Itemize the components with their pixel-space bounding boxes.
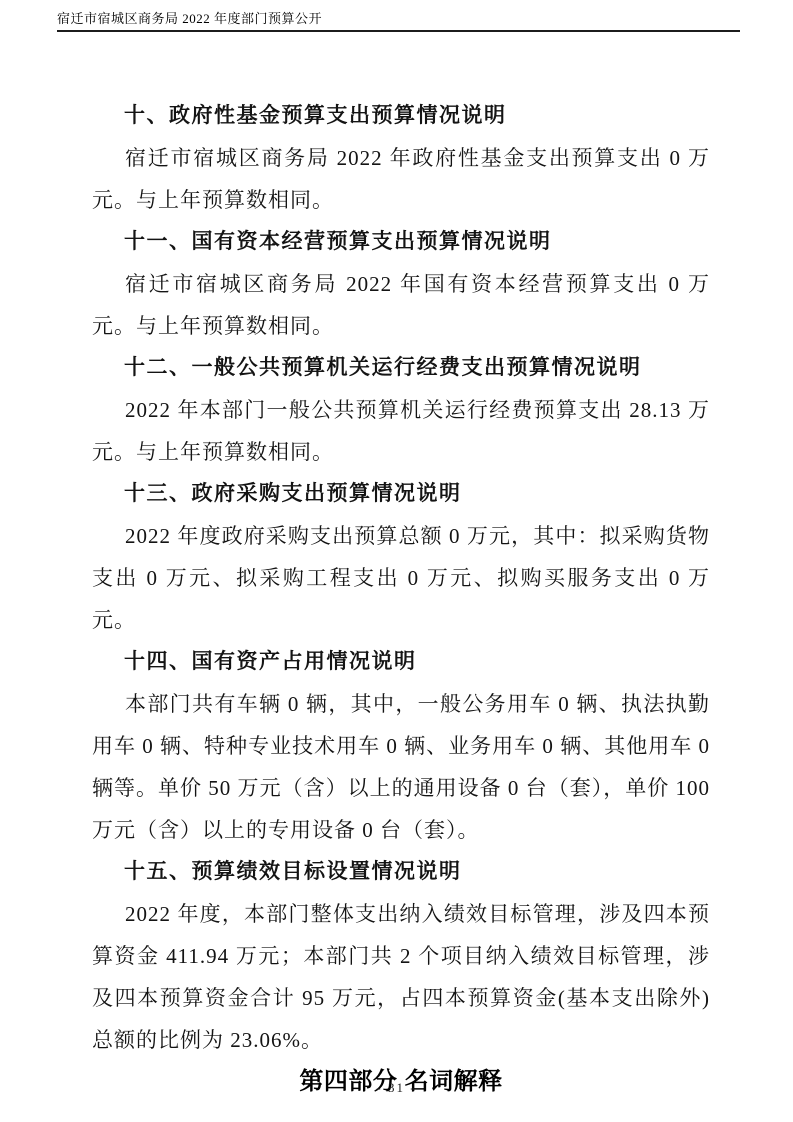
section-heading-12: 十二、一般公共预算机关运行经费支出预算情况说明 <box>92 347 710 389</box>
section-heading-10: 十、政府性基金预算支出预算情况说明 <box>92 95 710 137</box>
section-paragraph-15: 2022 年度，本部门整体支出纳入绩效目标管理，涉及四本预算资金 411.94 … <box>92 893 710 1061</box>
section-heading-15: 十五、预算绩效目标设置情况说明 <box>92 851 710 893</box>
section-paragraph-12: 2022 年本部门一般公共预算机关运行经费预算支出 28.13 万元。与上年预算… <box>92 389 710 473</box>
running-header: 宿迁市宿城区商务局 2022 年度部门预算公开 <box>57 11 740 32</box>
page-number: - 31 - <box>376 1080 416 1095</box>
section-paragraph-13: 2022 年度政府采购支出预算总额 0 万元，其中：拟采购货物支出 0 万元、拟… <box>92 515 710 641</box>
document-body: 十、政府性基金预算支出预算情况说明 宿迁市宿城区商务局 2022 年政府性基金支… <box>92 95 710 1103</box>
document-page: 宿迁市宿城区商务局 2022 年度部门预算公开 十、政府性基金预算支出预算情况说… <box>0 0 793 1122</box>
section-heading-13: 十三、政府采购支出预算情况说明 <box>92 473 710 515</box>
section-paragraph-11: 宿迁市宿城区商务局 2022 年国有资本经营预算支出 0 万元。与上年预算数相同… <box>92 263 710 347</box>
section-heading-14: 十四、国有资产占用情况说明 <box>92 641 710 683</box>
section-paragraph-10: 宿迁市宿城区商务局 2022 年政府性基金支出预算支出 0 万元。与上年预算数相… <box>92 137 710 221</box>
section-heading-11: 十一、国有资本经营预算支出预算情况说明 <box>92 221 710 263</box>
running-header-title: 宿迁市宿城区商务局 2022 年度部门预算公开 <box>57 11 322 26</box>
page-footer: - 31 - <box>0 1080 793 1096</box>
section-paragraph-14: 本部门共有车辆 0 辆，其中，一般公务用车 0 辆、执法执勤用车 0 辆、特种专… <box>92 683 710 851</box>
